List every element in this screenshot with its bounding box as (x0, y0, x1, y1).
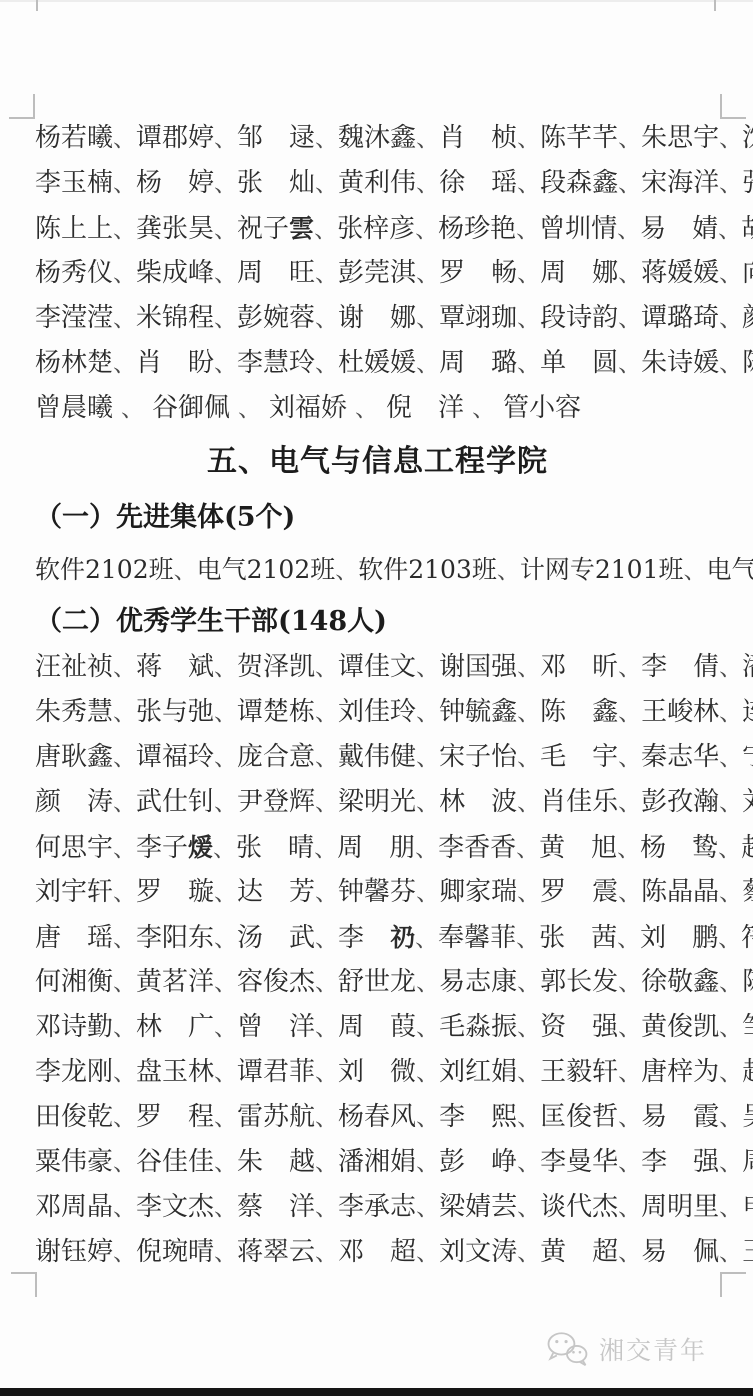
name-separator: 、 (315, 1096, 338, 1141)
name-separator: 、 (416, 252, 439, 297)
name-separator: 、 (517, 297, 540, 342)
name-separator: 、 (214, 1231, 237, 1276)
name-separator: 、 (719, 342, 742, 387)
name-line: 杨林楚、肖 盼、李慧玲、杜媛媛、周 璐、单 圆、朱诗媛、陈孟雅 (35, 341, 720, 386)
name-separator: 、 (416, 162, 439, 207)
person-name: 盘玉林 (136, 1050, 214, 1095)
name-separator: 、 (684, 548, 707, 594)
person-name: 陈晶晶 (641, 870, 719, 915)
person-name: 钟馨芬 (338, 870, 416, 915)
name-separator: 、 (416, 1186, 439, 1231)
person-name: 刘红娟 (439, 1050, 517, 1095)
name-separator: 、 (517, 736, 540, 781)
name-separator: 、 (618, 961, 641, 1006)
person-name: 张 晴 (236, 826, 314, 871)
person-name: 倪 洋 (386, 386, 464, 431)
person-name: 梁明光 (338, 780, 416, 825)
person-name: 祝子雲 (237, 206, 314, 252)
person-name: 尹登辉 (237, 780, 315, 825)
person-name: 李 强 (641, 1140, 719, 1185)
person-name: 庞合意 (237, 735, 315, 780)
name-line: 李滢滢、米锦程、彭婉蓉、谢 娜、覃翊珈、段诗韵、谭璐琦、颜鑫佩 (35, 296, 720, 341)
person-name: 陈 鑫 (540, 690, 618, 735)
person-name: 唐 瑶 (35, 916, 113, 961)
person-name: 蔡 洋 (237, 1185, 315, 1230)
person-name: 周明里 (641, 1185, 719, 1230)
cadres-heading: （二）优秀学生干部(148人) (35, 599, 720, 645)
name-separator: 、 (618, 1006, 641, 1051)
name-line: 唐耿鑫、谭福玲、庞合意、戴伟健、宋子怡、毛 宇、秦志华、宁 凯 (35, 735, 720, 780)
name-separator: 、 (719, 1231, 742, 1276)
name-separator: 、 (415, 827, 438, 872)
name-separator: 、 (335, 548, 358, 594)
person-name: 邹 斌 (742, 1005, 753, 1050)
person-name: 杨 鸷 (640, 826, 718, 871)
name-separator: 、 (113, 297, 136, 342)
person-name: 林 波 (439, 780, 517, 825)
name-separator: 、 (416, 736, 439, 781)
person-name: 蒋 斌 (136, 645, 214, 690)
name-separator: 、 (719, 736, 742, 781)
name-separator: 、 (113, 252, 136, 297)
name-separator: 、 (617, 208, 640, 253)
person-name: 蒋媛媛 (641, 251, 719, 296)
person-name: 符晓锋 (741, 916, 753, 961)
name-line: 曾晨曦、谷御佩、刘福娇、倪 洋、管小容 (35, 386, 720, 431)
person-name: 谭楚栋 (237, 690, 315, 735)
person-name: 管小容 (503, 386, 581, 431)
person-name: 杨秀仪 (35, 251, 113, 296)
person-name: 谢 娜 (338, 296, 416, 341)
name-separator: 、 (214, 917, 237, 962)
person-name: 刘佳玲 (338, 690, 416, 735)
watermark-text: 湘交青年 (599, 1331, 707, 1367)
name-separator: 、 (517, 961, 540, 1006)
person-name: 李龙刚 (35, 1050, 113, 1095)
name-separator: 、 (213, 827, 236, 872)
name-separator: 、 (113, 117, 136, 162)
person-name: 柴成峰 (136, 251, 214, 296)
person-name: 肖佳乐 (540, 780, 618, 825)
name-separator: 、 (214, 297, 237, 342)
person-name: 梁婧芸 (439, 1185, 517, 1230)
name-separator: 、 (618, 252, 641, 297)
person-name: 周 葭 (338, 1005, 416, 1050)
person-name: 罗 程 (136, 1095, 214, 1140)
person-name: 钟毓鑫 (439, 690, 517, 735)
name-separator: 、 (517, 1096, 540, 1141)
name-separator: 、 (315, 781, 338, 826)
name-separator: 、 (719, 1006, 742, 1051)
name-separator: 、 (113, 342, 136, 387)
person-name: 蔡宇蝶 (742, 870, 753, 915)
name-separator: 、 (618, 1051, 641, 1096)
person-name: 连诗婷 (742, 690, 753, 735)
name-separator: 、 (517, 871, 540, 916)
watermark: 湘交青年 (544, 1330, 707, 1367)
person-name: 单 圆 (540, 341, 618, 386)
name-separator: 、 (719, 871, 742, 916)
person-name: 软件2103班 (358, 547, 497, 593)
section-title: 五、电气与信息工程学院 (35, 439, 720, 485)
person-name: 容俊杰 (237, 960, 315, 1005)
person-name: 谭佳文 (338, 645, 416, 690)
name-line: 朱秀慧、张与弛、谭楚栋、刘佳玲、钟毓鑫、陈 鑫、王峻林、连诗婷 (35, 690, 720, 735)
person-name: 易 佩 (641, 1230, 719, 1275)
person-name: 毛 宇 (540, 735, 618, 780)
person-name: 张 茜 (539, 916, 617, 961)
person-name: 刘 广 (742, 780, 753, 825)
name-line: 唐 瑶、李阳东、汤 武、李 礽、奉馨菲、张 茜、刘 鹏、符晓锋 (35, 915, 720, 960)
person-name: 张博杰 (742, 161, 753, 206)
person-name: 杨春风 (338, 1095, 416, 1140)
person-name: 李阳东 (136, 916, 214, 961)
name-separator: 、 (416, 297, 439, 342)
person-name: 王毅轩 (540, 1050, 618, 1095)
name-separator: 、 (517, 646, 540, 691)
person-name: 卿家瑞 (439, 870, 517, 915)
name-separator: 、 (113, 781, 136, 826)
collectives-list: 软件2102班、电气2102班、软件2103班、计网专2101班、电气专2201… (35, 547, 720, 593)
person-name: 李曼华 (540, 1140, 618, 1185)
person-name: 黄俊凯 (641, 1005, 719, 1050)
name-separator: 、 (113, 1006, 136, 1051)
name-separator: 、 (516, 827, 539, 872)
person-name: 武仕钊 (136, 780, 214, 825)
name-separator: 、 (719, 252, 742, 297)
person-name: 段森鑫 (540, 161, 618, 206)
person-name: 李子煖 (136, 825, 213, 871)
person-name: 电气专2201班 (707, 547, 753, 593)
name-separator: 、 (517, 252, 540, 297)
person-name: 何思宇 (35, 826, 113, 871)
person-name: 田俊乾 (35, 1095, 113, 1140)
name-separator: 、 (618, 871, 641, 916)
name-separator: 、 (719, 117, 742, 162)
person-name: 谢钰婷 (35, 1230, 113, 1275)
person-name: 魏沐鑫 (338, 116, 416, 161)
person-name: 毛淼振 (439, 1005, 517, 1050)
name-separator: 、 (517, 117, 540, 162)
person-name: 林 广 (136, 1005, 214, 1050)
name-separator: 、 (516, 208, 539, 253)
person-name: 舒世龙 (338, 960, 416, 1005)
page-edge-tick-right (714, 0, 716, 11)
name-separator: 、 (618, 342, 641, 387)
name-line: 何思宇、李子煖、张 晴、周 朋、李香香、黄 旭、杨 鸷、赵思琪 (35, 825, 720, 870)
name-separator: 、 (113, 871, 136, 916)
name-separator: 、 (315, 691, 338, 736)
person-name: 郭长发 (540, 960, 618, 1005)
name-separator: 、 (718, 208, 741, 253)
name-separator: 、 (355, 387, 378, 432)
name-separator: 、 (719, 162, 742, 207)
person-name: 倪琬晴 (136, 1230, 214, 1275)
person-name: 邓周晶 (35, 1185, 113, 1230)
name-separator: 、 (214, 646, 237, 691)
name-separator: 、 (214, 1051, 237, 1096)
name-separator: 、 (315, 1186, 338, 1231)
person-name: 彭莞淇 (338, 251, 416, 296)
person-name: 软件2102班 (35, 547, 174, 593)
person-name: 谷御佩 (152, 386, 230, 431)
name-separator: 、 (618, 781, 641, 826)
name-line: 邓周晶、李文杰、蔡 洋、李承志、梁婧芸、谈代杰、周明里、申海斌 (35, 1185, 720, 1230)
name-separator: 、 (113, 208, 136, 253)
name-separator: 、 (719, 1096, 742, 1141)
person-name: 李香香 (438, 826, 516, 871)
name-separator: 、 (416, 1231, 439, 1276)
name-separator: 、 (517, 781, 540, 826)
person-name: 罗 畅 (439, 251, 517, 296)
name-separator: 、 (517, 691, 540, 736)
name-separator: 、 (719, 961, 742, 1006)
name-separator: 、 (214, 252, 237, 297)
name-separator: 、 (314, 827, 337, 872)
person-name: 刘文涛 (439, 1230, 517, 1275)
person-name: 宁 凯 (742, 735, 753, 780)
name-separator: 、 (416, 1096, 439, 1141)
person-name: 徐敬鑫 (641, 960, 719, 1005)
person-name: 谷佳佳 (136, 1140, 214, 1185)
person-name: 彭孜瀚 (641, 780, 719, 825)
margin-mark-bottom-left (11, 1272, 37, 1297)
page-top-edge (0, 0, 753, 2)
person-name: 唐耿鑫 (35, 735, 113, 780)
name-separator: 、 (315, 917, 338, 962)
person-name: 李 熙 (439, 1095, 517, 1140)
name-separator: 、 (113, 1051, 136, 1096)
person-name: 李 倩 (641, 645, 719, 690)
person-name: 杜媛媛 (338, 341, 416, 386)
person-name: 匡俊哲 (540, 1095, 618, 1140)
person-name: 彭婉蓉 (237, 296, 315, 341)
name-separator: 、 (315, 162, 338, 207)
person-name: 谭君菲 (237, 1050, 315, 1095)
name-separator: 、 (618, 691, 641, 736)
name-separator: 、 (113, 691, 136, 736)
name-separator: 、 (315, 297, 338, 342)
name-line: 软件2102班、电气2102班、软件2103班、计网专2101班、电气专2201… (35, 547, 720, 593)
person-name: 杨若曦 (35, 116, 113, 161)
person-name: 覃翊珈 (439, 296, 517, 341)
person-name: 赵永喜 (742, 1050, 753, 1095)
person-name: 张梓彦 (337, 207, 415, 252)
name-separator: 、 (517, 1051, 540, 1096)
name-separator: 、 (618, 1186, 641, 1231)
name-separator: 、 (214, 691, 237, 736)
name-separator: 、 (315, 961, 338, 1006)
person-name: 谢国强 (439, 645, 517, 690)
person-name: 张与弛 (136, 690, 214, 735)
person-name: 陈孟雅 (742, 341, 753, 386)
person-name: 龚张昊 (136, 207, 214, 252)
name-separator: 、 (618, 1231, 641, 1276)
person-name: 谭璐琦 (641, 296, 719, 341)
name-separator: 、 (718, 917, 741, 962)
name-separator: 、 (618, 297, 641, 342)
person-name: 吴仁柏 (742, 1095, 753, 1140)
name-separator: 、 (315, 117, 338, 162)
person-name: 周 璐 (439, 341, 517, 386)
name-separator: 、 (214, 781, 237, 826)
name-line: 刘宇轩、罗 璇、达 芳、钟馨芬、卿家瑞、罗 震、陈晶晶、蔡宇蝶 (35, 870, 720, 915)
person-name: 陈芊芊 (540, 116, 618, 161)
name-separator: 、 (618, 117, 641, 162)
person-name: 周 旺 (237, 251, 315, 296)
person-name: 蒋翠云 (237, 1230, 315, 1275)
person-name: 胡 玲 (741, 207, 753, 252)
name-separator: 、 (113, 1096, 136, 1141)
name-separator: 、 (113, 827, 136, 872)
person-name: 计网专2101班 (520, 547, 684, 593)
name-separator: 、 (416, 342, 439, 387)
person-name: 陈上上 (35, 207, 113, 252)
name-separator: 、 (617, 917, 640, 962)
name-line: 何湘衡、黄茗洋、容俊杰、舒世龙、易志康、郭长发、徐敬鑫、陈镘如 (35, 960, 720, 1005)
name-line: 田俊乾、罗 程、雷苏航、杨春风、李 熙、匡俊哲、易 霞、吴仁柏 (35, 1095, 720, 1140)
name-separator: 、 (214, 961, 237, 1006)
person-name: 易志康 (439, 960, 517, 1005)
name-line: 谢钰婷、倪琬晴、蒋翠云、邓 超、刘文涛、黄 超、易 佩、王泽睿 (35, 1230, 720, 1275)
person-name: 潘湘娟 (338, 1140, 416, 1185)
person-name: 赵思琪 (741, 826, 753, 871)
name-separator: 、 (517, 1186, 540, 1231)
person-name: 朱 越 (237, 1140, 315, 1185)
person-name: 唐梓为 (641, 1050, 719, 1095)
person-name: 谈代杰 (540, 1185, 618, 1230)
person-name: 李慧玲 (237, 341, 315, 386)
name-separator: 、 (415, 917, 438, 962)
name-separator: 、 (314, 208, 337, 253)
name-separator: 、 (214, 1096, 237, 1141)
bottom-bar (0, 1388, 753, 1396)
name-separator: 、 (416, 781, 439, 826)
person-name: 曾圳情 (539, 207, 617, 252)
person-name: 邓 超 (338, 1230, 416, 1275)
name-separator: 、 (517, 1006, 540, 1051)
person-name: 易 霞 (641, 1095, 719, 1140)
margin-mark-top-left (9, 94, 35, 119)
person-name: 奉馨菲 (438, 916, 516, 961)
name-separator: 、 (618, 1141, 641, 1186)
name-separator: 、 (516, 917, 539, 962)
name-separator: 、 (416, 961, 439, 1006)
name-separator: 、 (214, 871, 237, 916)
name-separator: 、 (517, 342, 540, 387)
name-separator: 、 (113, 162, 136, 207)
person-name: 王泽睿 (742, 1230, 753, 1275)
name-separator: 、 (719, 1051, 742, 1096)
name-separator: 、 (416, 1141, 439, 1186)
name-separator: 、 (416, 691, 439, 736)
name-line: 粟伟豪、谷佳佳、朱 越、潘湘娟、彭 峥、李曼华、李 强、周文狄 (35, 1140, 720, 1185)
person-name: 宋子怡 (439, 735, 517, 780)
person-name: 肖 桢 (439, 116, 517, 161)
person-name: 达 芳 (237, 870, 315, 915)
name-separator: 、 (315, 252, 338, 297)
person-name: 罗 璇 (136, 870, 214, 915)
person-name: 杨 婷 (136, 161, 214, 206)
person-name: 朱思宇 (641, 116, 719, 161)
page-content: 杨若曦、谭郡婷、邹 逯、魏沐鑫、肖 桢、陈芊芊、朱思宇、沈 婉李玉楠、杨 婷、张… (35, 116, 720, 1275)
person-name: 肖 盼 (136, 341, 214, 386)
person-name: 陈镘如 (742, 960, 753, 1005)
name-separator: 、 (174, 548, 197, 594)
name-separator: 、 (214, 162, 237, 207)
person-name: 向志金 (742, 251, 753, 296)
person-name: 周 娜 (540, 251, 618, 296)
name-separator: 、 (416, 1006, 439, 1051)
name-separator: 、 (315, 1141, 338, 1186)
person-name: 申海斌 (742, 1185, 753, 1230)
name-separator: 、 (214, 208, 237, 253)
name-line: 汪祉祯、蒋 斌、贺泽凯、谭佳文、谢国强、邓 昕、李 倩、潘梦城 (35, 645, 720, 690)
name-separator: 、 (113, 1186, 136, 1231)
name-separator: 、 (618, 736, 641, 781)
person-name: 李滢滢 (35, 296, 113, 341)
person-name: 戴伟健 (338, 735, 416, 780)
person-name: 黄茗洋 (136, 960, 214, 1005)
name-separator: 、 (113, 1231, 136, 1276)
name-line: 李玉楠、杨 婷、张 灿、黄利伟、徐 瑶、段森鑫、宋海洋、张博杰 (35, 161, 720, 206)
name-separator: 、 (416, 1051, 439, 1096)
name-separator: 、 (113, 646, 136, 691)
person-name: 曾 洋 (237, 1005, 315, 1050)
person-name: 周文狄 (742, 1140, 753, 1185)
person-name: 朱秀慧 (35, 690, 113, 735)
person-name: 周 朋 (337, 826, 415, 871)
name-separator: 、 (315, 1231, 338, 1276)
person-name: 谭郡婷 (136, 116, 214, 161)
name-separator: 、 (497, 548, 520, 594)
name-line: 陈上上、龚张昊、祝子雲、张梓彦、杨珍艳、曾圳情、易 婧、胡 玲 (35, 206, 720, 251)
name-line: 颜 涛、武仕钊、尹登辉、梁明光、林 波、肖佳乐、彭孜瀚、刘 广 (35, 780, 720, 825)
wechat-icon (544, 1330, 590, 1367)
name-separator: 、 (113, 1141, 136, 1186)
name-separator: 、 (416, 646, 439, 691)
name-separator: 、 (617, 827, 640, 872)
name-separator: 、 (315, 736, 338, 781)
person-name: 汪祉祯 (35, 645, 113, 690)
person-name: 彭 峥 (439, 1140, 517, 1185)
name-separator: 、 (719, 1141, 742, 1186)
name-separator: 、 (719, 646, 742, 691)
name-separator: 、 (214, 1186, 237, 1231)
page-edge-tick-left (36, 0, 38, 11)
person-name: 沈 婉 (742, 116, 753, 161)
name-separator: 、 (718, 827, 741, 872)
name-line: 邓诗勤、林 广、曾 洋、周 葭、毛淼振、资 强、黄俊凯、邹 斌 (35, 1005, 720, 1050)
name-separator: 、 (238, 387, 261, 432)
person-name: 邹 逯 (237, 116, 315, 161)
person-name: 黄 旭 (539, 826, 617, 871)
name-line: 李龙刚、盘玉林、谭君菲、刘 微、刘红娟、王毅轩、唐梓为、赵永喜 (35, 1050, 720, 1095)
person-name: 刘福娇 (269, 386, 347, 431)
person-name: 杨珍艳 (438, 207, 516, 252)
person-name: 王峻林 (641, 690, 719, 735)
person-name: 刘 鹏 (640, 916, 718, 961)
name-separator: 、 (214, 117, 237, 162)
person-name: 米锦程 (136, 296, 214, 341)
name-separator: 、 (416, 117, 439, 162)
name-separator: 、 (214, 1006, 237, 1051)
person-name: 何湘衡 (35, 960, 113, 1005)
person-name: 邓 昕 (540, 645, 618, 690)
name-separator: 、 (113, 961, 136, 1006)
name-separator: 、 (415, 208, 438, 253)
person-name: 雷苏航 (237, 1095, 315, 1140)
